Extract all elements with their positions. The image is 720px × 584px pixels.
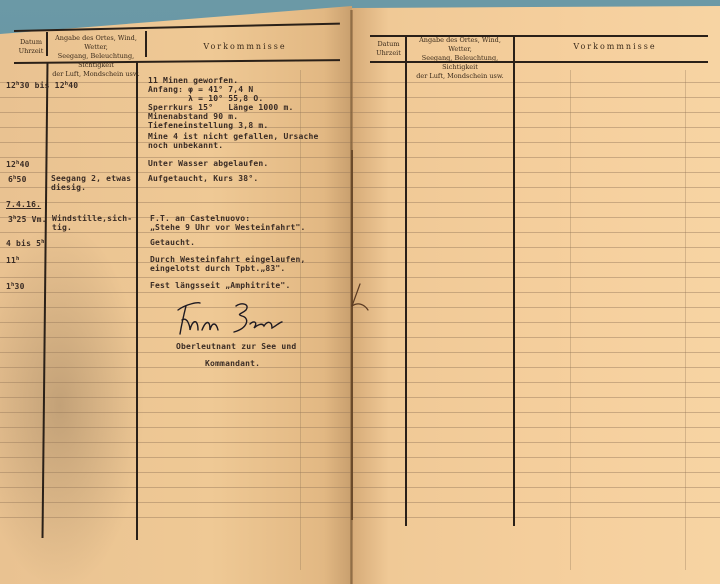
entry-date: 7.4.16. [6,200,41,209]
entry-time: 4 bis 5h [6,238,45,248]
faint-column [570,70,571,570]
header-vorkommnisse: Vorkommnisse [150,42,340,51]
entry-events: Unter Wasser abgelaufen. [148,159,268,168]
binding-thread [351,150,353,520]
header-angabe: Angabe des Ortes, Wind, Wetter, Seegang,… [48,34,144,79]
header-angabe: Angabe des Ortes, Wind, Wetter, Seegang,… [407,36,513,81]
entry-time: 1h30 [6,281,25,291]
entry-events: Mine 4 ist nicht gefallen, Ursache noch … [148,132,319,150]
entry-events: Getaucht. [150,238,195,247]
pencil-checkmark-icon [346,280,372,320]
signature-rank: Oberleutnant zur See und [176,342,296,351]
entry-events: F.T. an Castelnuovo: „Stehe 9 Uhr vor We… [150,214,306,232]
column-divider-datum [405,36,407,526]
entry-events: Fest längsseit „Amphitrite". [150,281,290,290]
header-datum: Datum Uhrzeit [16,38,46,56]
ruled-lines [352,68,720,524]
entry-time: 6h50 [8,174,27,184]
right-page [352,6,720,584]
faint-column [685,70,686,570]
column-divider-angabe [513,36,515,526]
entry-time: 3h25 Vm. [8,214,47,224]
header-datum: Datum Uhrzeit [372,40,405,58]
entry-events: Durch Westeinfahrt eingelaufen, eingelot… [150,255,306,273]
entry-time: 12h30 bis 12h40 [6,80,78,90]
entry-events: 11 Minen geworfen. Anfang: φ = 41° 7,4 N… [148,76,293,130]
entry-time: 12h40 [6,159,30,169]
entry-location: Windstille,sich- tig. [52,214,132,232]
column-divider [145,31,147,57]
entry-time: 11h [6,255,20,265]
signature-handwritten [176,300,286,340]
entry-events: Aufgetaucht, Kurs 38°. [148,174,258,183]
entry-location: Seegang 2, etwas diesig. [51,174,131,192]
signature-role: Kommandant. [205,359,260,368]
header-vorkommnisse: Vorkommnisse [520,42,710,51]
column-divider-angabe [136,62,138,540]
